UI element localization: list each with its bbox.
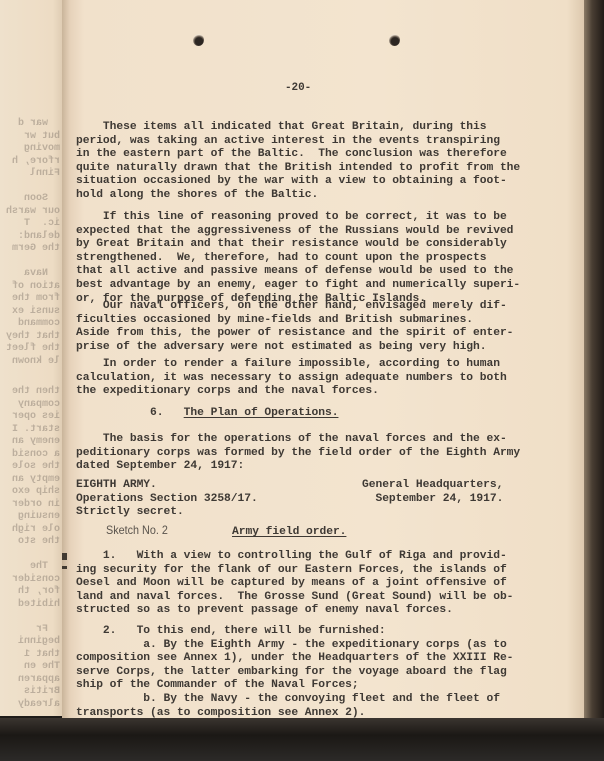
margin-mark [62,553,67,560]
order-header-right: General Headquarters, September 24, 1917… [362,479,503,506]
paragraph-naval-officers: Our naval officers, on the other hand, e… [76,300,513,354]
handwritten-sketch-note: Sketch No. 2 [106,523,168,537]
section-number: 6. [150,407,163,419]
punch-hole [389,34,400,46]
margin-mark [62,566,67,569]
paragraph-failure-impossible: In order to render a failure impossible,… [76,358,507,399]
section-heading: 6. The Plan of Operations. [150,407,338,421]
punch-hole [193,34,204,46]
paragraph-great-britain: These items all indicated that Great Bri… [76,121,520,203]
scanned-document: war d but wr moving rfore, h Finnl Soon … [0,0,604,761]
binding-shadow [584,0,604,761]
paragraph-basis: The basis for the operations of the nava… [76,433,520,474]
previous-page-edge: war d but wr moving rfore, h Finnl Soon … [0,0,66,716]
paragraph-reasoning: If this line of reasoning proved to be c… [76,211,520,306]
order-item-2: 2. To this end, there will be furnished:… [76,625,513,720]
order-title: Army field order. [232,526,346,540]
order-header-left: EIGHTH ARMY. Operations Section 3258/17.… [76,479,258,520]
page-number: -20- [285,82,311,96]
bottom-shadow [0,718,604,761]
order-title-text: Army field order. [232,526,346,538]
order-item-1: 1. With a view to controlling the Gulf o… [76,550,513,618]
section-title: The Plan of Operations. [184,407,339,419]
